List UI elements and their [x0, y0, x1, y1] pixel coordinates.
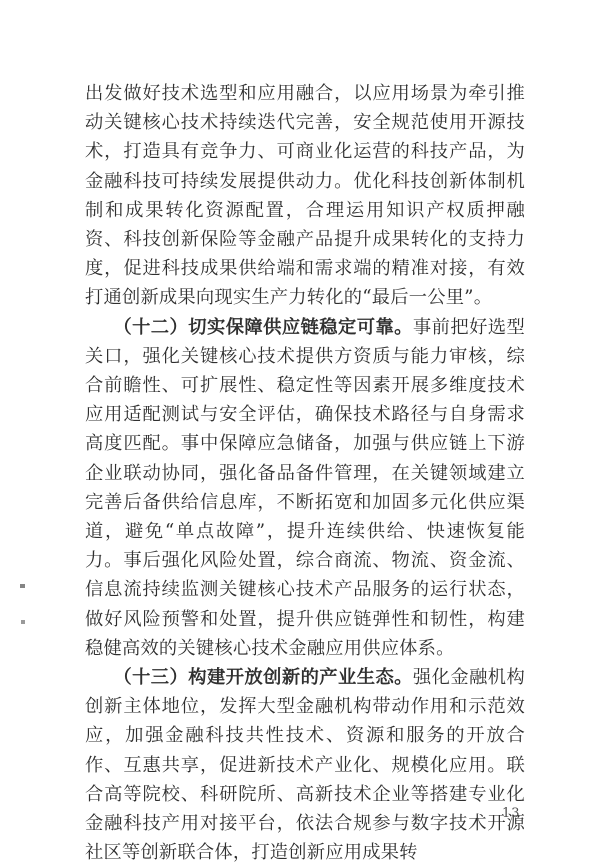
- paragraph-lead: （十三）构建开放创新的产业生态。: [113, 667, 413, 688]
- paragraph-text: 事前把好选型关口，强化关键核心技术提供方资质与能力审核，综合前瞻性、可扩展性、稳…: [85, 317, 525, 659]
- paragraph-continuation: 出发做好技术选型和应用融合，以应用场景为牵引推动关键核心技术持续迭代完善，安全规…: [85, 79, 525, 313]
- scan-artifact-dot: [20, 584, 25, 588]
- paragraph-text: 出发做好技术选型和应用融合，以应用场景为牵引推动关键核心技术持续迭代完善，安全规…: [85, 83, 525, 308]
- paragraph-lead: （十二）切实保障供应链稳定可靠。: [113, 317, 413, 338]
- paragraph-item-12: （十二）切实保障供应链稳定可靠。事前把好选型关口，强化关键核心技术提供方资质与能…: [85, 313, 525, 663]
- paragraph-item-13: （十三）构建开放创新的产业生态。强化金融机构创新主体地位，发挥大型金融机构带动作…: [85, 663, 525, 867]
- scan-artifact-dot: [21, 620, 25, 624]
- document-body: 出发做好技术选型和应用融合，以应用场景为牵引推动关键核心技术持续迭代完善，安全规…: [85, 79, 525, 867]
- page-number: 13: [502, 806, 521, 821]
- paragraph-text: 强化金融机构创新主体地位，发挥大型金融机构带动作用和示范效应，加强金融科技共性技…: [85, 667, 525, 863]
- scanned-document-page: 出发做好技术选型和应用融合，以应用场景为牵引推动关键核心技术持续迭代完善，安全规…: [0, 0, 608, 868]
